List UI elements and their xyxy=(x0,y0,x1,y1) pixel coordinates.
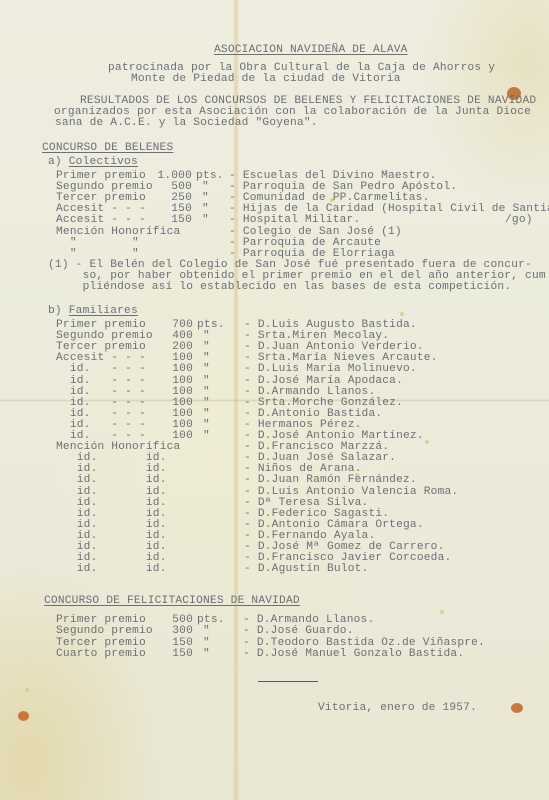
winner-name: - Parroquia de Elorriaga xyxy=(229,248,395,260)
foxing-speck xyxy=(400,312,404,316)
document-page: ASOCIACION NAVIDEÑA DE ALAVA patrocinada… xyxy=(0,0,549,800)
prize-label: Cuarto premio xyxy=(56,648,146,660)
winner-name: - D.José Manuel Gonzalo Bastida. xyxy=(243,648,464,660)
winner-name: - D.Teodoro Bastida Oz.de Viñaspre. xyxy=(243,637,485,649)
intro-line-3: sana de A.C.E. y la Sociedad "Goyena". xyxy=(55,117,318,129)
winner-name: - D.José Guardo. xyxy=(243,625,354,637)
prize-label: id. id. xyxy=(56,563,167,575)
footnote-line: pliéndose así lo establecido en las base… xyxy=(48,281,511,293)
prize-unit: " xyxy=(203,648,210,660)
foxing-speck xyxy=(25,688,29,692)
table-row: id. id.- D.Agustín Bulot. xyxy=(0,563,549,575)
table-row: " "- Parroquia de Elorriaga xyxy=(0,248,549,260)
subtitle-line-2: Monte de Piedad de la ciudad de Vitoria xyxy=(131,73,401,85)
table-row: Cuarto premio150"- D.José Manuel Gonzalo… xyxy=(0,648,549,660)
winner-name: - D.Agustín Bulot. xyxy=(244,563,368,575)
winner-name: - D.Armando Llanos. xyxy=(243,614,374,626)
prize-label: " " xyxy=(56,248,139,260)
table-row: Segundo premio300"- D.José Guardo. xyxy=(0,625,549,637)
prize-amount: 150 xyxy=(172,637,193,649)
rust-stain xyxy=(18,711,29,721)
prize-amount: 300 xyxy=(172,625,193,637)
document-title: ASOCIACION NAVIDEÑA DE ALAVA xyxy=(214,44,408,56)
colectivos-label: a) Colectivos xyxy=(48,156,138,168)
prize-amount: 500 xyxy=(172,614,193,626)
prize-amount: 150 xyxy=(172,648,193,660)
familiares-label: b) Familiares xyxy=(48,305,138,317)
place-date: Vitoria, enero de 1957. xyxy=(318,702,477,714)
felicitaciones-heading: CONCURSO DE FELICITACIONES DE NAVIDAD xyxy=(44,595,300,607)
prize-label: Primer premio xyxy=(56,614,146,626)
rust-stain xyxy=(511,703,523,713)
prize-label: Tercer premio xyxy=(56,637,146,649)
prize-unit: " xyxy=(203,637,210,649)
belenes-heading: CONCURSO DE BELENES xyxy=(42,142,173,154)
prize-unit: " xyxy=(203,625,210,637)
table-row: Tercer premio150"- D.Teodoro Bastida Oz.… xyxy=(0,637,549,649)
table-row: Primer premio500pts.- D.Armando Llanos. xyxy=(0,614,549,626)
prize-label: Segundo premio xyxy=(56,625,153,637)
signature-line xyxy=(258,681,318,682)
prize-unit: pts. xyxy=(197,614,225,626)
colectivos-label-text: a) Colectivos xyxy=(48,156,138,168)
